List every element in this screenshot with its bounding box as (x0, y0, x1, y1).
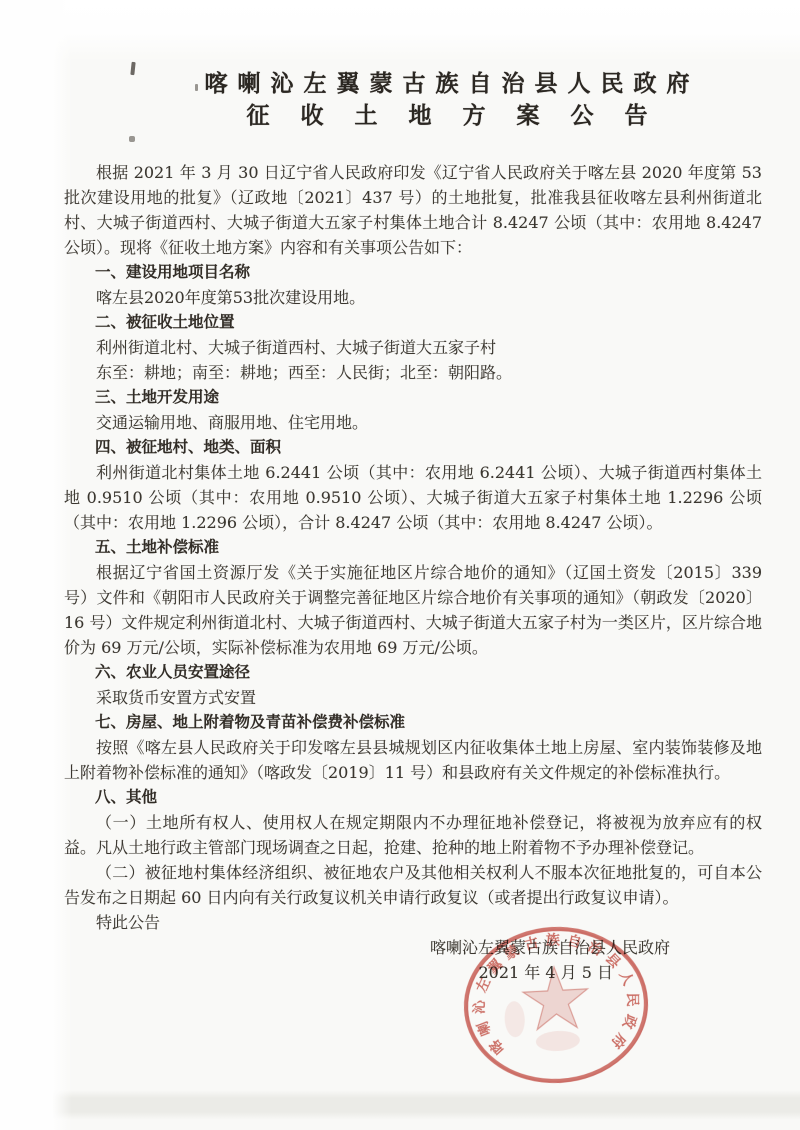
section-3-paragraph: 交通运输用地、商服用地、住宅用地。 (64, 410, 762, 435)
section-8-paragraph: （一）土地所有权人、使用权人在规定期限内不办理征地补偿登记，将被视为放弃应有的权… (64, 810, 762, 860)
document-page: 喀喇沁左翼蒙古族自治县人民政府 征收土地方案公告 根据 2021 年 3 月 3… (0, 0, 800, 1130)
section-8-heading: 八、其他 (64, 785, 762, 810)
section-5-heading: 五、土地补偿标准 (64, 535, 762, 560)
section-6-paragraph: 采取货币安置方式安置 (64, 685, 762, 710)
section-7-paragraph: 按照《喀左县人民政府关于印发喀左县县城规划区内征收集体土地上房屋、室内装饰装修及… (64, 735, 762, 785)
scan-speck (195, 84, 198, 91)
section-4-heading: 四、被征地村、地类、面积 (64, 435, 762, 460)
signature-line: 喀喇沁左翼蒙古族自治县人民政府 (64, 935, 762, 960)
document-title: 喀喇沁左翼蒙古族自治县人民政府 征收土地方案公告 (98, 68, 796, 132)
seal-smudge (535, 1030, 580, 1052)
document-title-line1: 喀喇沁左翼蒙古族自治县人民政府 (98, 68, 796, 100)
section-5-paragraph: 根据辽宁省国土资源厅发《关于实施征地区片综合地价的通知》（辽国土资发〔2015〕… (64, 560, 762, 660)
section-1-paragraph: 喀左县2020年度第53批次建设用地。 (64, 285, 762, 310)
section-4-paragraph: 利州街道北村集体土地 6.2441 公顷（其中：农用地 6.2441 公顷）、大… (64, 460, 762, 535)
section-2-paragraph: 东至：耕地；南至：耕地；西至：人民街；北至：朝阳路。 (64, 360, 762, 385)
document-body: 根据 2021 年 3 月 30 日辽宁省人民政府印发《辽宁省人民政府关于喀左县… (64, 160, 762, 935)
section-2-heading: 二、被征收土地位置 (64, 310, 762, 335)
section-1-heading: 一、建设用地项目名称 (64, 260, 762, 285)
document-content: 喀喇沁左翼蒙古族自治县人民政府 征收土地方案公告 根据 2021 年 3 月 3… (0, 0, 800, 985)
scan-speck (129, 136, 135, 142)
closing-line: 特此公告 (64, 910, 762, 935)
section-6-heading: 六、农业人员安置途径 (64, 660, 762, 685)
intro-paragraph: 根据 2021 年 3 月 30 日辽宁省人民政府印发《辽宁省人民政府关于喀左县… (64, 160, 762, 260)
section-8-paragraph: （二）被征地村集体经济组织、被征地农户及其他相关权利人不服本次征地批复的，可自本… (64, 860, 762, 910)
section-7-heading: 七、房屋、地上附着物及青苗补偿费补偿标准 (64, 710, 762, 735)
seal-smudge (504, 1001, 526, 1038)
document-title-line2: 征收土地方案公告 (98, 100, 796, 132)
section-2-paragraph: 利州街道北村、大城子街道西村、大城子街道大五家子村 (64, 335, 762, 360)
date-line: 2021 年 4 月 5 日 (64, 960, 762, 985)
section-3-heading: 三、土地开发用途 (64, 385, 762, 410)
